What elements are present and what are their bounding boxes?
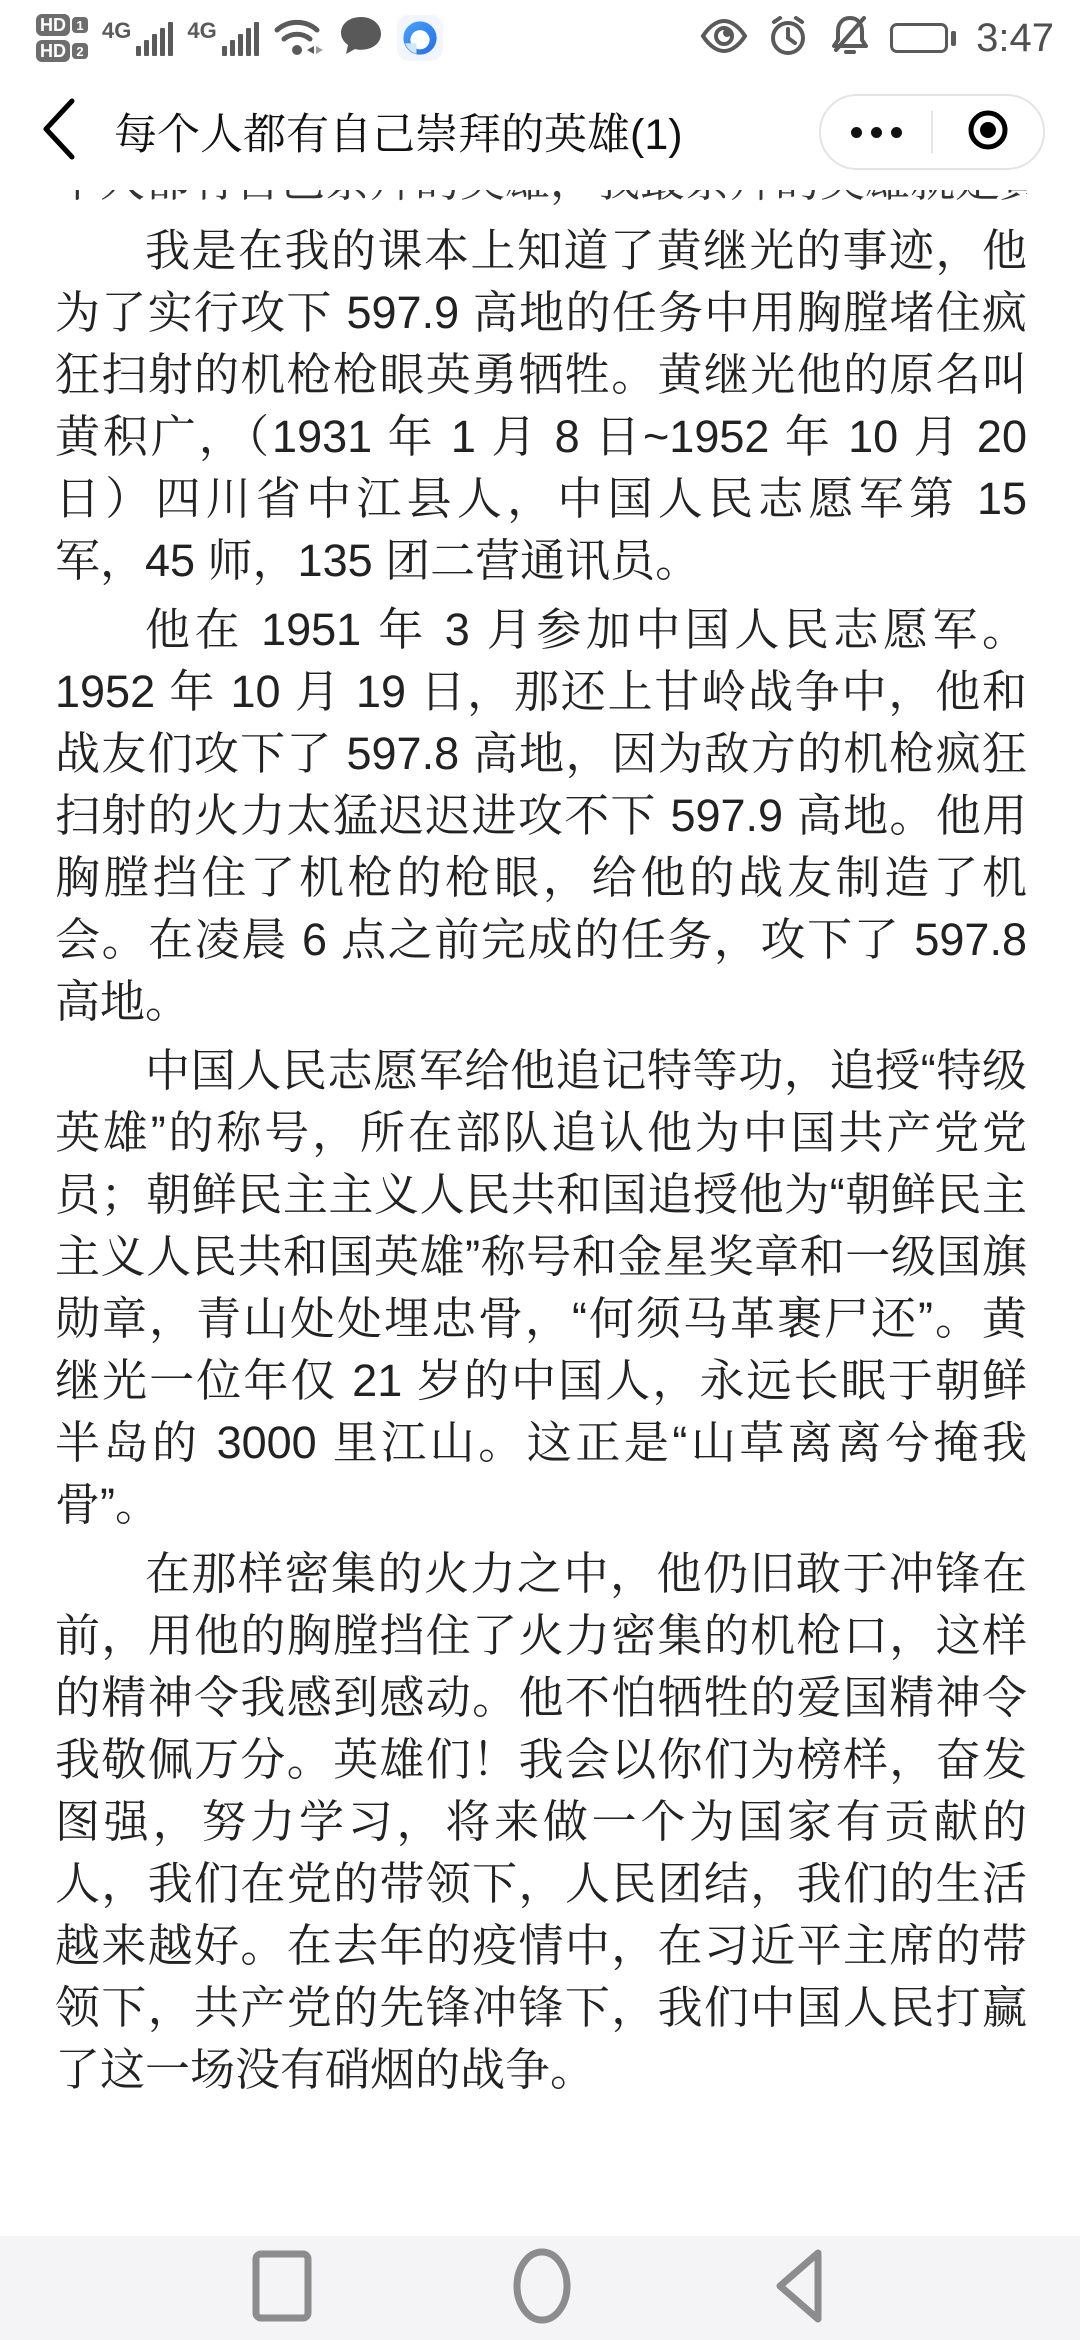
browser-app-icon [397,15,443,61]
essay-paragraph-2: 他在 1951 年 3 月参加中国人民志愿军。1952 年 10 月 19 日，… [55,599,1027,1033]
signal-bars-sim2-icon [222,20,259,56]
capsule-exit-button[interactable] [933,96,1043,168]
battery-icon [890,23,956,53]
hd-badges: HD 1 HD 2 [36,14,88,62]
network-type-sim2: 4G [187,20,216,42]
hd1-badge: HD 1 [36,14,88,36]
recents-square-icon [252,2250,312,2327]
alarm-clock-icon [766,14,810,63]
bell-muted-icon [828,14,872,63]
hd2-label: HD [36,40,70,62]
essay-content[interactable]: 个人都有自己崇拜的英雄，我最崇拜的英雄就是黄继光烈士。 我是在我的课本上知道了黄… [55,190,1027,2108]
home-circle-icon [510,2245,574,2332]
status-left-cluster: HD 1 HD 2 4G 4G [36,14,443,63]
status-bar: HD 1 HD 2 4G 4G [0,0,1080,72]
back-nav-button[interactable] [772,2247,828,2330]
signal-bars-sim1-icon [136,20,173,56]
signal-sim1: 4G [102,20,173,56]
signal-sim2: 4G [187,20,258,56]
title-bar: 每个人都有自己崇拜的英雄(1) [0,72,1080,190]
chevron-left-icon [40,97,78,166]
essay-paragraph-1: 我是在我的课本上知道了黄继光的事迹，他为了实行攻下 597.9 高地的任务中用胸… [55,220,1027,592]
page-title: 每个人都有自己崇拜的英雄(1) [114,101,683,162]
back-triangle-icon [772,2247,828,2330]
eye-comfort-icon [700,19,748,58]
wifi-icon [273,14,325,63]
capsule-more-button[interactable] [821,96,931,168]
hd2-sub: 2 [72,43,88,59]
status-time: 3:47 [976,16,1054,61]
essay-paragraph-4: 在那样密集的火力之中，他仍旧敢于冲锋在前，用他的胸膛挡住了火力密集的机枪口，这样… [55,1543,1027,2101]
chat-bubble-icon [339,15,383,62]
system-navigation-bar [0,2236,1080,2340]
clipped-text-line: 个人都有自己崇拜的英雄，我最崇拜的英雄就是黄继光烈士。 [55,190,1027,212]
target-circle-icon [966,108,1010,157]
recents-button[interactable] [252,2250,312,2327]
home-button[interactable] [510,2245,574,2332]
network-type-sim1: 4G [102,20,131,42]
phone-screen: HD 1 HD 2 4G 4G [0,0,1080,2340]
miniprogram-capsule [819,94,1045,170]
ellipsis-dots-icon [851,127,902,138]
hd1-label: HD [36,14,70,36]
hd2-badge: HD 2 [36,40,88,62]
back-button[interactable] [40,96,100,166]
essay-paragraph-3: 中国人民志愿军给他追记特等功，追授“特级英雄”的称号，所在部队追认他为中国共产党… [55,1040,1027,1536]
status-right-cluster: 3:47 [700,14,1054,63]
hd1-sub: 1 [72,17,88,33]
